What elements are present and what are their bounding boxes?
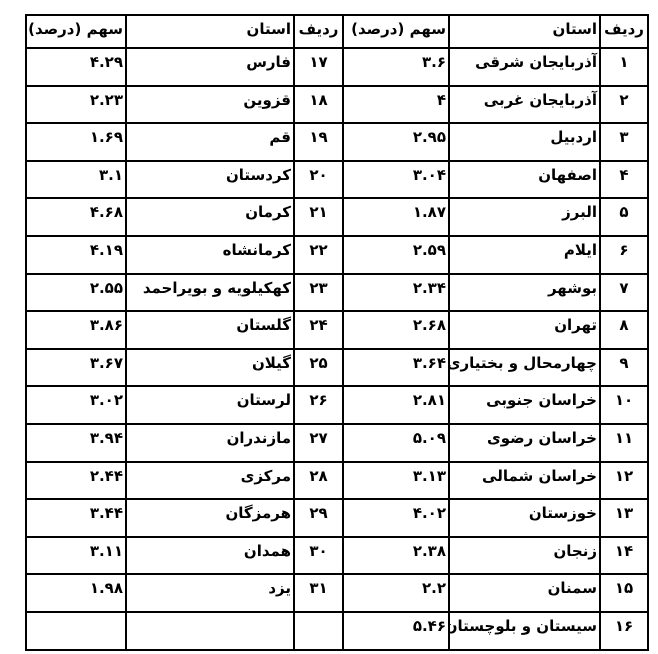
- row-number-cell-left: ۲۰: [294, 161, 343, 199]
- header-row-number-right: ردیف: [600, 15, 648, 48]
- row-number-cell-left: [294, 612, 343, 650]
- row-number-cell-left: ۲۲: [294, 236, 343, 274]
- row-number-cell-left: ۲۵: [294, 349, 343, 387]
- province-cell-left: هرمزگان: [126, 499, 294, 537]
- province-cell-left: قزوین: [126, 86, 294, 124]
- share-cell-left: ۳.۴۴: [26, 499, 126, 537]
- share-cell-right: ۱.۸۷: [343, 198, 449, 236]
- share-cell-right: ۳.۶: [343, 48, 449, 86]
- province-cell-right: البرز: [449, 198, 600, 236]
- share-cell-left: ۴.۱۹: [26, 236, 126, 274]
- header-row: ردیف استان سهم (درصد) ردیف استان سهم (در…: [26, 15, 648, 48]
- share-cell-right: ۴: [343, 86, 449, 124]
- header-share-left: سهم (درصد): [26, 15, 126, 48]
- row-number-cell-right: ۹: [600, 349, 648, 387]
- page: ردیف استان سهم (درصد) ردیف استان سهم (در…: [0, 0, 658, 654]
- share-cell-right: ۲.۹۵: [343, 123, 449, 161]
- table-row: ۳ اردبیل ۲.۹۵ ۱۹ قم ۱.۶۹: [26, 123, 648, 161]
- row-number-cell-right: ۱۶: [600, 612, 648, 650]
- province-cell-right: اردبیل: [449, 123, 600, 161]
- table-body: ۱ آذربایجان شرقی ۳.۶ ۱۷ فارس ۴.۲۹ ۲ آذرب…: [26, 48, 648, 650]
- share-cell-left: ۳.۹۴: [26, 424, 126, 462]
- table-row: ۴ اصفهان ۳.۰۴ ۲۰ کردستان ۳.۱: [26, 161, 648, 199]
- row-number-cell-left: ۳۰: [294, 537, 343, 575]
- share-cell-left: ۳.۱۱: [26, 537, 126, 575]
- row-number-cell-right: ۱۱: [600, 424, 648, 462]
- table-row: ۱۵ سمنان ۲.۲ ۳۱ یزد ۱.۹۸: [26, 574, 648, 612]
- province-cell-right: خوزستان: [449, 499, 600, 537]
- row-number-cell-right: ۱۰: [600, 386, 648, 424]
- table-row: ۱۳ خوزستان ۴.۰۲ ۲۹ هرمزگان ۳.۴۴: [26, 499, 648, 537]
- province-cell-right: آذربایجان غربی: [449, 86, 600, 124]
- share-cell-right: ۳.۰۴: [343, 161, 449, 199]
- province-cell-right: تهران: [449, 311, 600, 349]
- row-number-cell-right: ۴: [600, 161, 648, 199]
- row-number-cell-left: ۲۹: [294, 499, 343, 537]
- table-row: ۱ آذربایجان شرقی ۳.۶ ۱۷ فارس ۴.۲۹: [26, 48, 648, 86]
- province-cell-right: آذربایجان شرقی: [449, 48, 600, 86]
- province-cell-left: مرکزی: [126, 462, 294, 500]
- table-row: ۵ البرز ۱.۸۷ ۲۱ کرمان ۴.۶۸: [26, 198, 648, 236]
- header-province-left: استان: [126, 15, 294, 48]
- row-number-cell-left: ۲۳: [294, 274, 343, 312]
- share-cell-left: ۱.۶۹: [26, 123, 126, 161]
- row-number-cell-right: ۱۲: [600, 462, 648, 500]
- province-cell-right: بوشهر: [449, 274, 600, 312]
- row-number-cell-left: ۱۷: [294, 48, 343, 86]
- row-number-cell-left: ۲۶: [294, 386, 343, 424]
- row-number-cell-right: ۷: [600, 274, 648, 312]
- share-cell-left: [26, 612, 126, 650]
- province-cell-right: چهارمحال و بختیاری: [449, 349, 600, 387]
- province-cell-right: زنجان: [449, 537, 600, 575]
- table-row: ۹ چهارمحال و بختیاری ۳.۶۴ ۲۵ گیلان ۳.۶۷: [26, 349, 648, 387]
- province-cell-left: گلستان: [126, 311, 294, 349]
- table-row: ۱۱ خراسان رضوی ۵.۰۹ ۲۷ مازندران ۳.۹۴: [26, 424, 648, 462]
- row-number-cell-right: ۲: [600, 86, 648, 124]
- share-cell-left: ۲.۲۳: [26, 86, 126, 124]
- share-cell-right: ۴.۰۲: [343, 499, 449, 537]
- share-cell-right: ۵.۰۹: [343, 424, 449, 462]
- province-cell-right: ایلام: [449, 236, 600, 274]
- header-province-right: استان: [449, 15, 600, 48]
- share-cell-left: ۴.۶۸: [26, 198, 126, 236]
- province-cell-left: کردستان: [126, 161, 294, 199]
- share-cell-left: ۱.۹۸: [26, 574, 126, 612]
- province-share-table: ردیف استان سهم (درصد) ردیف استان سهم (در…: [25, 14, 649, 651]
- province-cell-left: یزد: [126, 574, 294, 612]
- table-row: ۶ ایلام ۲.۵۹ ۲۲ کرمانشاه ۴.۱۹: [26, 236, 648, 274]
- table-row: ۷ بوشهر ۲.۳۴ ۲۳ کهکیلویه و بویراحمد ۲.۵۵: [26, 274, 648, 312]
- share-cell-left: ۲.۴۴: [26, 462, 126, 500]
- province-cell-right: خراسان شمالی: [449, 462, 600, 500]
- province-cell-left: کرمانشاه: [126, 236, 294, 274]
- province-cell-left: مازندران: [126, 424, 294, 462]
- province-cell-left: همدان: [126, 537, 294, 575]
- table-row: ۸ تهران ۲.۶۸ ۲۴ گلستان ۳.۸۶: [26, 311, 648, 349]
- province-cell-right: خراسان جنوبی: [449, 386, 600, 424]
- row-number-cell-left: ۳۱: [294, 574, 343, 612]
- share-cell-left: ۴.۲۹: [26, 48, 126, 86]
- province-cell-left: قم: [126, 123, 294, 161]
- share-cell-right: ۳.۶۴: [343, 349, 449, 387]
- province-cell-left: کرمان: [126, 198, 294, 236]
- province-cell-right: خراسان رضوی: [449, 424, 600, 462]
- row-number-cell-left: ۲۱: [294, 198, 343, 236]
- row-number-cell-right: ۸: [600, 311, 648, 349]
- row-number-cell-right: ۳: [600, 123, 648, 161]
- table-row: ۱۴ زنجان ۲.۳۸ ۳۰ همدان ۳.۱۱: [26, 537, 648, 575]
- share-cell-left: ۳.۱: [26, 161, 126, 199]
- share-cell-right: ۳.۱۳: [343, 462, 449, 500]
- row-number-cell-left: ۲۴: [294, 311, 343, 349]
- province-cell-left: فارس: [126, 48, 294, 86]
- share-cell-right: ۲.۶۸: [343, 311, 449, 349]
- share-cell-left: ۲.۵۵: [26, 274, 126, 312]
- share-cell-right: ۲.۳۸: [343, 537, 449, 575]
- province-cell-right: اصفهان: [449, 161, 600, 199]
- row-number-cell-right: ۱۴: [600, 537, 648, 575]
- row-number-cell-right: ۱: [600, 48, 648, 86]
- province-cell-left: گیلان: [126, 349, 294, 387]
- row-number-cell-right: ۶: [600, 236, 648, 274]
- share-cell-left: ۳.۸۶: [26, 311, 126, 349]
- share-cell-right: ۵.۴۶: [343, 612, 449, 650]
- row-number-cell-right: ۵: [600, 198, 648, 236]
- row-number-cell-left: ۲۸: [294, 462, 343, 500]
- row-number-cell-left: ۲۷: [294, 424, 343, 462]
- share-cell-right: ۲.۲: [343, 574, 449, 612]
- header-row-number-left: ردیف: [294, 15, 343, 48]
- table-header: ردیف استان سهم (درصد) ردیف استان سهم (در…: [26, 15, 648, 48]
- province-cell-left: کهکیلویه و بویراحمد: [126, 274, 294, 312]
- province-cell-right: سیستان و بلوچستان: [449, 612, 600, 650]
- table-row: ۱۲ خراسان شمالی ۳.۱۳ ۲۸ مرکزی ۲.۴۴: [26, 462, 648, 500]
- province-cell-left: [126, 612, 294, 650]
- table-row: ۲ آذربایجان غربی ۴ ۱۸ قزوین ۲.۲۳: [26, 86, 648, 124]
- row-number-cell-left: ۱۹: [294, 123, 343, 161]
- share-cell-right: ۲.۸۱: [343, 386, 449, 424]
- province-cell-right: سمنان: [449, 574, 600, 612]
- province-cell-left: لرستان: [126, 386, 294, 424]
- row-number-cell-right: ۱۵: [600, 574, 648, 612]
- share-cell-right: ۲.۳۴: [343, 274, 449, 312]
- table-row: ۱۶ سیستان و بلوچستان ۵.۴۶: [26, 612, 648, 650]
- share-cell-left: ۳.۶۷: [26, 349, 126, 387]
- header-share-right: سهم (درصد): [343, 15, 449, 48]
- share-cell-left: ۳.۰۲: [26, 386, 126, 424]
- row-number-cell-right: ۱۳: [600, 499, 648, 537]
- table-row: ۱۰ خراسان جنوبی ۲.۸۱ ۲۶ لرستان ۳.۰۲: [26, 386, 648, 424]
- row-number-cell-left: ۱۸: [294, 86, 343, 124]
- share-cell-right: ۲.۵۹: [343, 236, 449, 274]
